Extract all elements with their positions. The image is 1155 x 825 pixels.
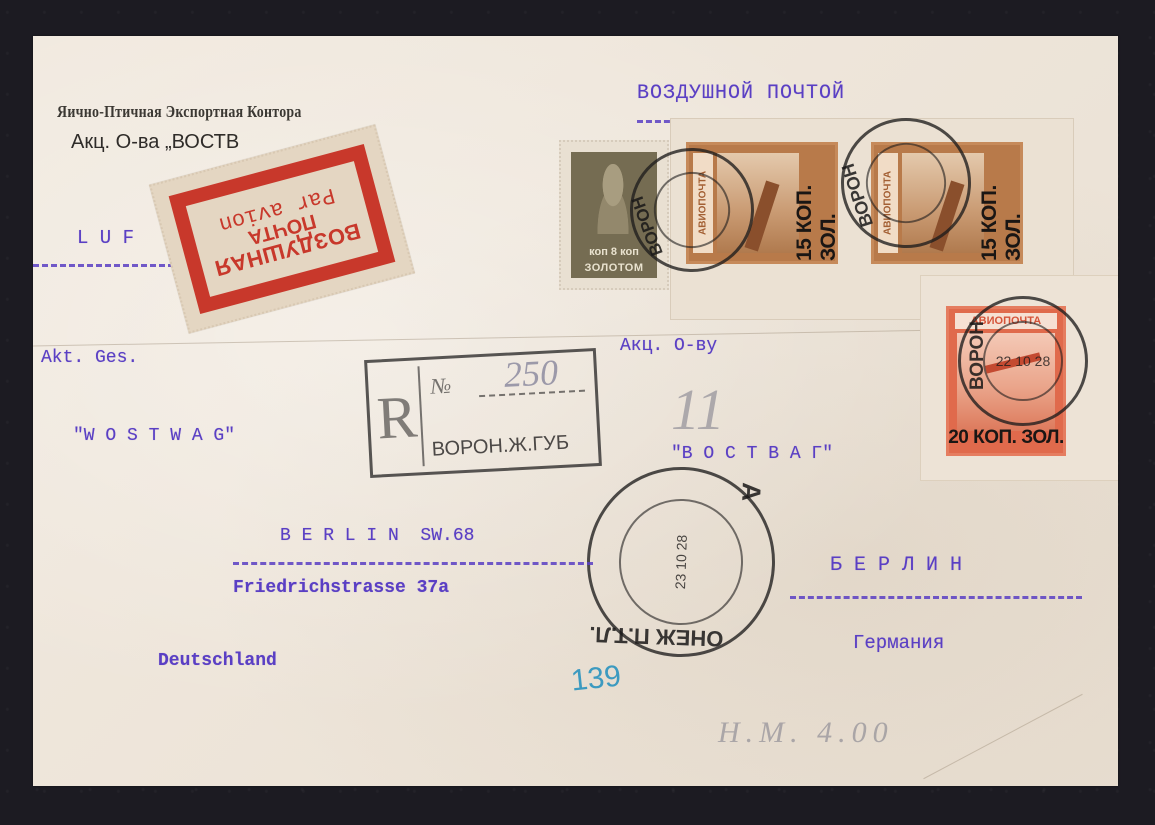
letterhead-society: Акц. О-ва „ВОСТВ xyxy=(71,131,239,154)
recipient-ru-line1: Акц. О-ву xyxy=(620,336,717,356)
registration-r: R xyxy=(372,366,425,468)
airmail-heading-ru: ВОЗДУШНОЙ ПОЧТОЙ xyxy=(637,82,845,105)
recipient-ru-city: Б Е Р Л И Н xyxy=(830,554,962,577)
stamp-overprint: 15 КОП. ЗОЛ. xyxy=(986,145,1018,261)
pencil-mark: 11 xyxy=(671,376,725,443)
postmark-origin: ВОРОН 22 10 28 xyxy=(958,296,1088,426)
recipient-de-line2: "W O S T W A G" xyxy=(73,426,235,446)
luftpost-heading: L U F xyxy=(77,227,134,249)
stamp-overprint: 15 КОП. ЗОЛ. xyxy=(801,145,833,261)
letterhead-company: Яично-Птичная Экспортная Контора xyxy=(57,102,302,122)
postmark-date: 22 10 28 xyxy=(961,353,1085,369)
stamp-overprint: 20 КОП. ЗОЛ. xyxy=(943,427,1069,449)
dashed-underline xyxy=(790,596,1082,599)
recipient-ru-country: Германия xyxy=(853,632,944,654)
pencil-price: H.M. 4.00 xyxy=(718,716,894,750)
airmail-etiquette: ВОЗДУШНАЯ ПОЧТА Par avion xyxy=(149,124,415,333)
dashed-underline xyxy=(233,562,593,565)
registration-office: ВОРОН.Ж.ГУБ xyxy=(431,432,569,462)
registration-number: 250 xyxy=(503,351,559,396)
blue-handwritten-number: 139 xyxy=(569,659,622,698)
recipient-de-line1: Akt. Ges. xyxy=(41,348,138,368)
recipient-de-street: Friedrichstrasse 37a xyxy=(233,578,449,598)
postmark-transit: А ОНЕЖ П.Т.Л. 23 10 28 xyxy=(584,464,779,660)
corner-crease xyxy=(923,694,1082,779)
recipient-ru-line2: "В О С Т В А Г" xyxy=(671,444,833,464)
stamp-subtext: ЗОЛОТОМ xyxy=(571,262,657,274)
registration-no-label: № xyxy=(430,373,452,400)
recipient-de-country: Deutschland xyxy=(158,651,277,671)
recipient-de-city: B E R L I N SW.68 xyxy=(280,526,474,546)
registration-cachet: R № 250 ВОРОН.Ж.ГУБ xyxy=(364,348,602,478)
postmark-town: ОНЕЖ П.Т.Л. xyxy=(589,621,724,652)
postmark-letter: А xyxy=(735,482,767,502)
dashed-underline xyxy=(33,264,183,267)
envelope: Яично-Птичная Экспортная Контора Акц. О-… xyxy=(33,36,1118,786)
